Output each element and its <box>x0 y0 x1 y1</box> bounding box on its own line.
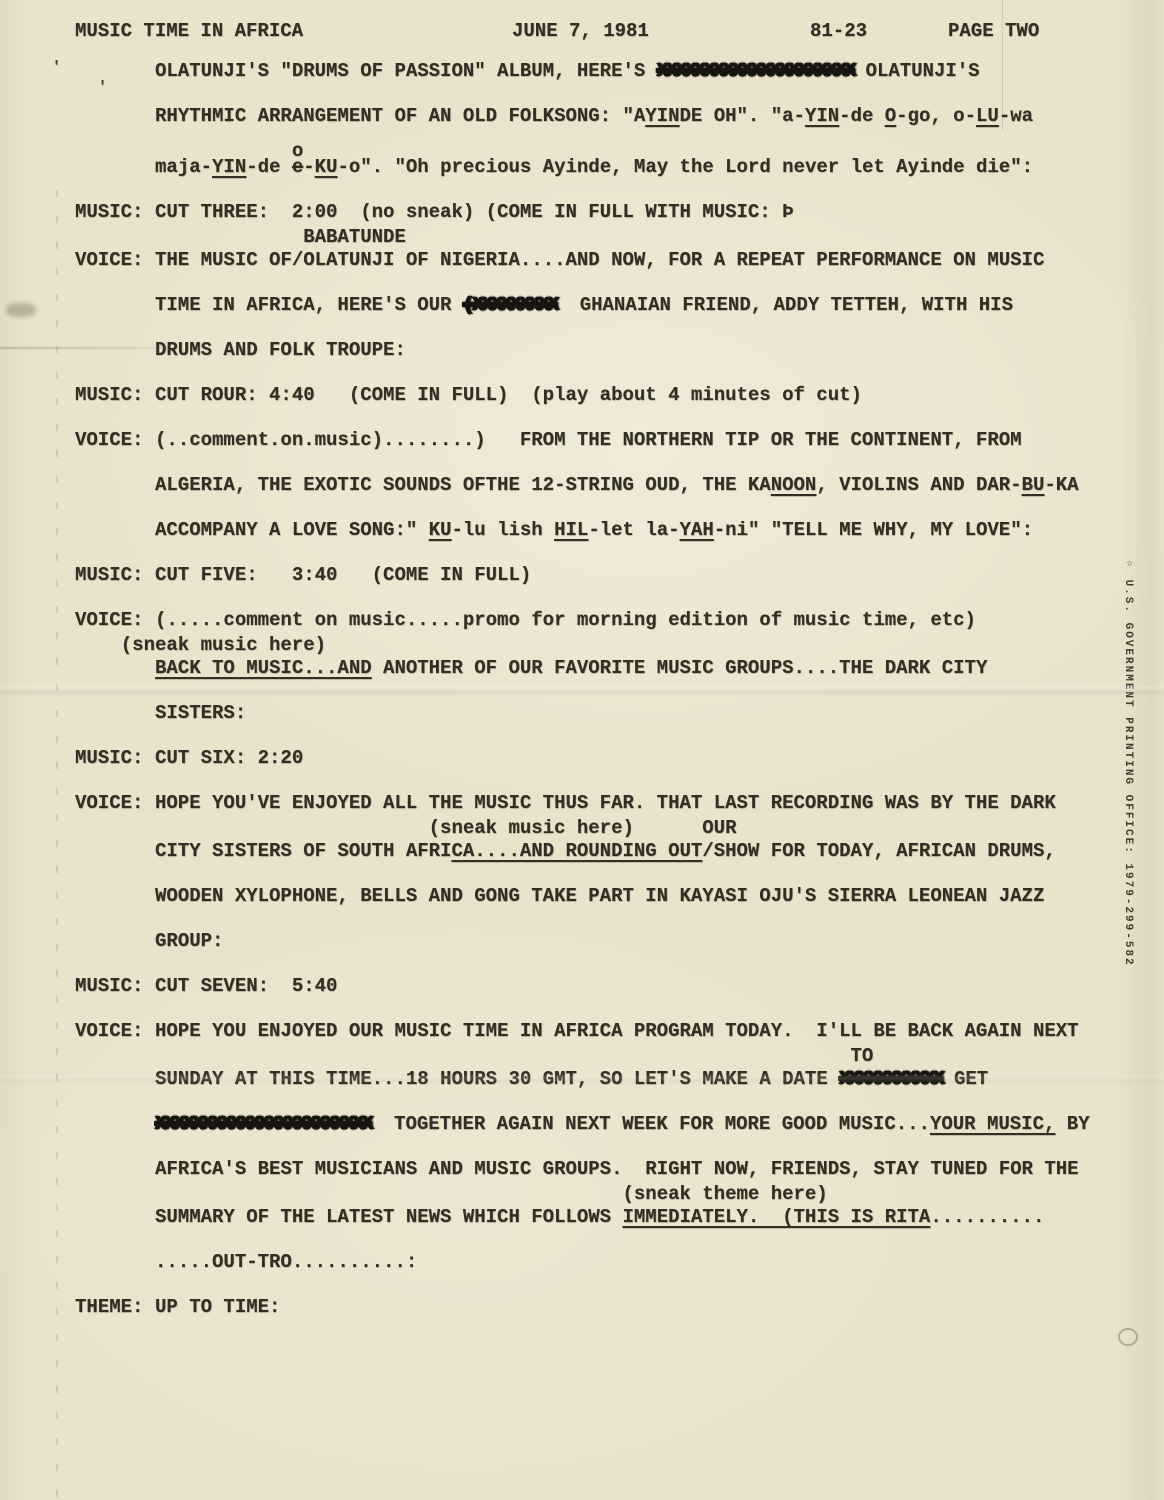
script-line: .....OUT-TRO..........: <box>0 1251 1164 1274</box>
line-text: XXXXXXXXXXXXXXXXXXXXXXX TOGETHER AGAIN N… <box>155 1113 1090 1135</box>
redacted-text: (XXXXXXXXX <box>463 294 557 316</box>
line-text: HOPE YOU'VE ENJOYED ALL THE MUSIC THUS F… <box>155 792 1056 814</box>
line-text: (.....comment on music.....promo for mor… <box>155 609 976 631</box>
script-line: XXXXXXXXXXXXXXXXXXXXXXX TOGETHER AGAIN N… <box>0 1113 1164 1136</box>
script-line: SUMMARY OF THE LATEST NEWS WHICH FOLLOWS… <box>0 1206 1164 1229</box>
pencil-smudge <box>6 303 36 317</box>
script-insert-line: (sneak music here) OUR <box>429 817 1164 840</box>
header-title: MUSIC TIME IN AFRICA <box>75 20 303 43</box>
line-text: GROUP: <box>155 930 223 952</box>
script-line: maja-YIN-de oe-KU-o". "Oh precious Ayind… <box>0 156 1164 179</box>
line-text: (sneak theme here) <box>622 1183 827 1205</box>
script-cue-line: MUSIC:CUT ROUR: 4:40 (COME IN FULL) (pla… <box>0 384 1164 407</box>
cue-label: VOICE: <box>75 429 143 452</box>
printing-office-margin-note: ☆ U.S. GOVERNMENT PRINTING OFFICE: 1979-… <box>1121 556 1135 976</box>
line-text: SUMMARY OF THE LATEST NEWS WHICH FOLLOWS… <box>155 1206 1044 1228</box>
script-line: OLATUNJI'S "DRUMS OF PASSION" ALBUM, HER… <box>0 60 1164 83</box>
cue-label: VOICE: <box>75 609 143 632</box>
paper-crease-horizontal-3 <box>0 1076 1164 1082</box>
line-text: DRUMS AND FOLK TROUPE: <box>155 339 406 361</box>
script-line: DRUMS AND FOLK TROUPE: <box>0 339 1164 362</box>
header-date: JUNE 7, 1981 <box>512 20 649 43</box>
script-line: CITY SISTERS OF SOUTH AFRICA....AND ROUN… <box>0 840 1164 863</box>
line-text: AFRICA'S BEST MUSICIANS AND MUSIC GROUPS… <box>155 1158 1079 1180</box>
line-text: WOODEN XYLOPHONE, BELLS AND GONG TAKE PA… <box>155 885 1044 907</box>
line-text: .....OUT-TRO..........: <box>155 1251 417 1273</box>
paper-crease-vertical-top <box>1002 0 1003 130</box>
script-cue-line: VOICE:HOPE YOU ENJOYED OUR MUSIC TIME IN… <box>0 1020 1164 1043</box>
script-insert-line: BABATUNDE <box>303 226 1164 249</box>
script-cue-line: VOICE:HOPE YOU'VE ENJOYED ALL THE MUSIC … <box>0 792 1164 815</box>
script-line: BACK TO MUSIC...AND ANOTHER OF OUR FAVOR… <box>0 657 1164 680</box>
script-insert-line: (sneak theme here) <box>622 1183 1164 1206</box>
script-line: AFRICA'S BEST MUSICIANS AND MUSIC GROUPS… <box>0 1158 1164 1181</box>
script-cue-line: MUSIC:CUT FIVE: 3:40 (COME IN FULL) <box>0 564 1164 587</box>
line-text: CUT FIVE: 3:40 (COME IN FULL) <box>155 564 531 586</box>
script-cue-line: THEME:UP TO TIME: <box>0 1296 1164 1319</box>
redacted-text: XXXXXXXXXXXXXXXXXXXXX <box>657 60 854 82</box>
line-text: THE MUSIC OF/OLATUNJI OF NIGERIA....AND … <box>155 249 1044 271</box>
line-text: TIME IN AFRICA, HERE'S OUR (XXXXXXXXX GH… <box>155 294 1013 316</box>
paper-crease-horizontal-2 <box>0 686 1164 694</box>
script-cue-line: MUSIC:CUT SEVEN: 5:40 <box>0 975 1164 998</box>
line-text: maja-YIN-de oe-KU-o". "Oh precious Ayind… <box>155 156 1033 178</box>
paper-fold-vertical <box>56 190 58 1500</box>
line-text: RHYTHMIC ARRANGEMENT OF AN OLD FOLKSONG:… <box>155 105 1033 127</box>
script-line: ACCOMPANY A LOVE SONG:" KU-lu lish HIL-l… <box>0 519 1164 542</box>
cue-label: VOICE: <box>75 249 143 272</box>
cue-label: VOICE: <box>75 792 143 815</box>
line-text: (sneak music here) OUR <box>429 817 737 839</box>
line-text: ACCOMPANY A LOVE SONG:" KU-lu lish HIL-l… <box>155 519 1033 541</box>
line-text: CUT THREE: 2:00 (no sneak) (COME IN FULL… <box>155 201 794 223</box>
document-page: MUSIC TIME IN AFRICA JUNE 7, 1981 81-23 … <box>0 0 1164 1500</box>
line-text: ALGERIA, THE EXOTIC SOUNDS OFTHE 12-STRI… <box>155 474 1079 496</box>
line-text: CUT SIX: 2:20 <box>155 747 303 769</box>
line-text: CITY SISTERS OF SOUTH AFRICA....AND ROUN… <box>155 840 1056 862</box>
line-text: (..comment.on.music)........) FROM THE N… <box>155 429 1022 451</box>
line-text: UP TO TIME: <box>155 1296 280 1318</box>
script-insert-line: TO <box>851 1045 1164 1068</box>
script-line: GROUP: <box>0 930 1164 953</box>
script-line: RHYTHMIC ARRANGEMENT OF AN OLD FOLKSONG:… <box>0 105 1164 128</box>
script-insert-line: (sneak music here) <box>121 634 1164 657</box>
script-line: TIME IN AFRICA, HERE'S OUR (XXXXXXXXX GH… <box>0 294 1164 317</box>
line-text: (sneak music here) <box>121 634 326 656</box>
script-cue-line: MUSIC:CUT SIX: 2:20 <box>0 747 1164 770</box>
cue-label: MUSIC: <box>75 564 143 587</box>
typed-correction: oe <box>292 156 303 179</box>
script-line: SISTERS: <box>0 702 1164 725</box>
cue-label: VOICE: <box>75 1020 143 1043</box>
stray-pen-mark: ' <box>98 76 107 99</box>
paper-crease-horizontal-1 <box>0 347 170 349</box>
cue-label: MUSIC: <box>75 975 143 998</box>
cue-label: THEME: <box>75 1296 143 1319</box>
stray-pen-mark: ' <box>52 56 61 79</box>
script-cue-line: VOICE:(.....comment on music.....promo f… <box>0 609 1164 632</box>
ink-ring-mark <box>1118 1328 1138 1346</box>
header-script-number: 81-23 <box>810 20 867 43</box>
line-text: SISTERS: <box>155 702 246 724</box>
script-line: WOODEN XYLOPHONE, BELLS AND GONG TAKE PA… <box>0 885 1164 908</box>
header-page-label: PAGE TWO <box>948 20 1039 43</box>
line-text: CUT ROUR: 4:40 (COME IN FULL) (play abou… <box>155 384 862 406</box>
cue-label: MUSIC: <box>75 747 143 770</box>
script-cue-line: MUSIC:CUT THREE: 2:00 (no sneak) (COME I… <box>0 201 1164 224</box>
redacted-text: XXXXXXXXXXXXXXXXXXXXXXX <box>155 1113 371 1135</box>
cue-label: MUSIC: <box>75 201 143 224</box>
line-text: HOPE YOU ENJOYED OUR MUSIC TIME IN AFRIC… <box>155 1020 1079 1042</box>
script-cue-line: VOICE:THE MUSIC OF/OLATUNJI OF NIGERIA..… <box>0 249 1164 272</box>
line-text: TO <box>851 1045 874 1067</box>
line-text: BACK TO MUSIC...AND ANOTHER OF OUR FAVOR… <box>155 657 987 679</box>
line-text: BABATUNDE <box>303 226 406 248</box>
script-cue-line: VOICE:(..comment.on.music)........) FROM… <box>0 429 1164 452</box>
line-text: CUT SEVEN: 5:40 <box>155 975 337 997</box>
cue-label: MUSIC: <box>75 384 143 407</box>
script-line: ALGERIA, THE EXOTIC SOUNDS OFTHE 12-STRI… <box>0 474 1164 497</box>
line-text: OLATUNJI'S "DRUMS OF PASSION" ALBUM, HER… <box>155 60 980 82</box>
